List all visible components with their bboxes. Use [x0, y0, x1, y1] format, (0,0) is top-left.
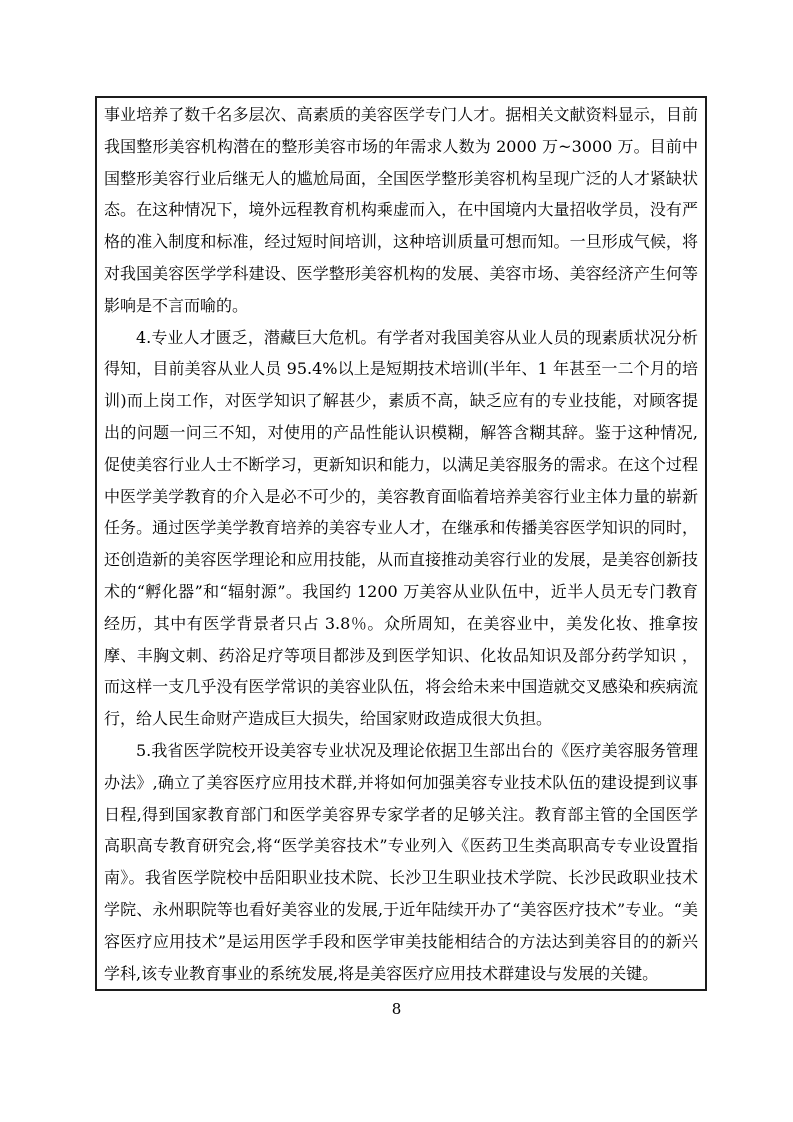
document-page: 事业培养了数千名多层次、高素质的美容医学专门人才。据相关文献资料显示，目前我国整…: [0, 0, 793, 1122]
content-border-box: 事业培养了数千名多层次、高素质的美容医学专门人才。据相关文献资料显示，目前我国整…: [95, 96, 707, 991]
paragraph-continuation: 事业培养了数千名多层次、高素质的美容医学专门人才。据相关文献资料显示，目前我国整…: [104, 99, 698, 322]
paragraph-item-4: 4.专业人才匮乏，潜藏巨大危机。有学者对我国美容从业人员的现素质状况分析得知，目…: [104, 322, 698, 735]
page-number: 8: [0, 1000, 793, 1018]
paragraph-item-5: 5.我省医学院校开设美容专业状况及理论依据卫生部出台的《医疗美容服务管理办法》,…: [104, 735, 698, 989]
